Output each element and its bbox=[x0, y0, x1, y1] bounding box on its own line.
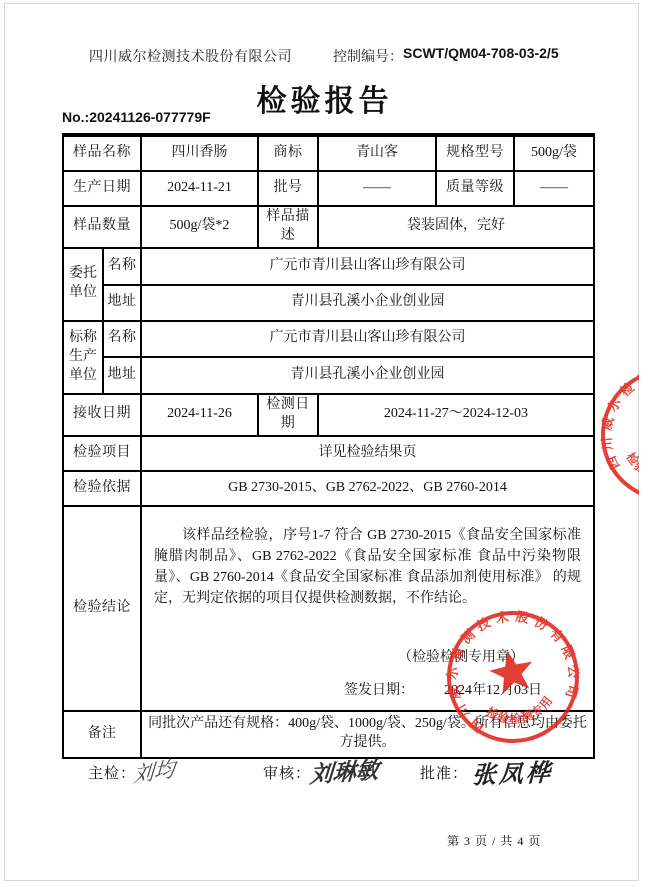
table-row: 检验依据 GB 2730-2015、GB 2762-2022、GB 2760-2… bbox=[63, 471, 594, 506]
sample-qty-value: 500g/袋*2 bbox=[141, 206, 258, 248]
client-addr-value: 青川县孔溪小企业创业园 bbox=[141, 285, 594, 321]
issue-date-label: 签发日期： bbox=[344, 683, 414, 698]
quality-grade-value: —— bbox=[514, 171, 594, 206]
partial-seal-clip: 四川威尔检测技术股份有限公司 检验检测专用章 bbox=[592, 360, 639, 515]
test-date-label: 检测日期 bbox=[258, 394, 318, 436]
report-header: 四川威尔检测技术股份有限公司 控制编号： SCWT/QM04-708-03-2/… bbox=[0, 46, 649, 66]
table-row: 接收日期 2024-11-26 检测日期 2024-11-27～2024-12-… bbox=[63, 394, 594, 436]
producer-name-value: 广元市青川县山客山珍有限公司 bbox=[141, 321, 594, 357]
production-date-value: 2024-11-21 bbox=[141, 171, 258, 206]
reviewer-label: 审核： bbox=[263, 762, 311, 783]
spec-model-label: 规格型号 bbox=[436, 135, 514, 171]
client-name-label: 名称 bbox=[103, 248, 141, 285]
table-row: 样品数量 500g/袋*2 样品描述 袋装固体，完好 bbox=[63, 206, 594, 248]
test-basis-value: GB 2730-2015、GB 2762-2022、GB 2760-2014 bbox=[141, 471, 594, 506]
table-row: 委托单位 名称 广元市青川县山客山珍有限公司 bbox=[63, 248, 594, 285]
sample-qty-label: 样品数量 bbox=[63, 206, 141, 248]
remark-label: 备注 bbox=[63, 711, 141, 758]
table-row: 样品名称 四川香肠 商标 青山客 规格型号 500g/袋 bbox=[63, 135, 594, 171]
seal-star-icon bbox=[486, 646, 537, 696]
control-number-label: 控制编号： bbox=[333, 46, 403, 66]
producer-name-label: 名称 bbox=[103, 321, 141, 357]
report-number: No.:20241126-077779F bbox=[62, 109, 211, 125]
sample-desc-value: 袋装固体，完好 bbox=[318, 206, 594, 248]
producer-group-label: 标称生产单位 bbox=[63, 321, 103, 394]
receive-date-label: 接收日期 bbox=[63, 394, 141, 436]
test-items-label: 检验项目 bbox=[63, 436, 141, 471]
brand-label: 商标 bbox=[258, 135, 318, 171]
control-number-value: SCWT/QM04-708-03-2/5 bbox=[403, 45, 559, 61]
producer-addr-label: 地址 bbox=[103, 357, 141, 394]
sample-desc-label: 样品描述 bbox=[258, 206, 318, 248]
seal-company-text: 四川威尔检测技术股份有限公司 bbox=[592, 360, 639, 500]
producer-addr-value: 青川县孔溪小企业创业园 bbox=[141, 357, 594, 394]
page-number: 第 3 页 / 共 4 页 bbox=[447, 832, 541, 849]
table-row: 地址 青川县孔溪小企业创业园 bbox=[63, 285, 594, 321]
signature-row: 主检： 刘均 审核： 刘琳敏 批准： 张凤桦 bbox=[0, 756, 649, 800]
client-group-label: 委托单位 bbox=[63, 248, 103, 321]
sample-name-value: 四川香肠 bbox=[141, 135, 258, 171]
quality-grade-label: 质量等级 bbox=[436, 171, 514, 206]
test-items-value: 详见检验结果页 bbox=[141, 436, 594, 471]
reviewer-signature: 刘琳敏 bbox=[309, 751, 380, 789]
production-date-label: 生产日期 bbox=[63, 171, 141, 206]
test-basis-label: 检验依据 bbox=[63, 471, 141, 506]
sample-name-label: 样品名称 bbox=[63, 135, 141, 171]
batch-no-value: —— bbox=[318, 171, 436, 206]
brand-value: 青山客 bbox=[318, 135, 436, 171]
svg-text:四川威尔检测技术股份有限公司: 四川威尔检测技术股份有限公司 bbox=[592, 360, 639, 500]
conclusion-text: 该样品经检验，序号1-7 符合 GB 2730-2015《食品安全国家标准 腌腊… bbox=[154, 525, 581, 609]
receive-date-value: 2024-11-26 bbox=[141, 394, 258, 436]
test-date-value: 2024-11-27～2024-12-03 bbox=[318, 394, 594, 436]
batch-no-label: 批号 bbox=[258, 171, 318, 206]
inspection-seal: 四川威尔检测技术股份有限公司 检验检测专用章 bbox=[438, 602, 588, 752]
approver-label: 批准： bbox=[420, 762, 468, 783]
spec-model-value: 500g/袋 bbox=[514, 135, 594, 171]
client-addr-label: 地址 bbox=[103, 285, 141, 321]
inspector-label: 主检： bbox=[88, 762, 136, 783]
table-row: 地址 青川县孔溪小企业创业园 bbox=[63, 357, 594, 394]
approver-signature: 张凤桦 bbox=[471, 753, 553, 791]
client-name-value: 广元市青川县山客山珍有限公司 bbox=[141, 248, 594, 285]
table-row: 生产日期 2024-11-21 批号 —— 质量等级 —— bbox=[63, 171, 594, 206]
partial-inspection-seal: 四川威尔检测技术股份有限公司 检验检测专用章 bbox=[592, 360, 639, 510]
inspector-signature: 刘均 bbox=[132, 753, 176, 789]
table-row: 检验项目 详见检验结果页 bbox=[63, 436, 594, 471]
lab-company-name: 四川威尔检测技术股份有限公司 bbox=[89, 46, 292, 66]
conclusion-label: 检验结论 bbox=[63, 506, 141, 711]
table-row: 标称生产单位 名称 广元市青川县山客山珍有限公司 bbox=[63, 321, 594, 357]
